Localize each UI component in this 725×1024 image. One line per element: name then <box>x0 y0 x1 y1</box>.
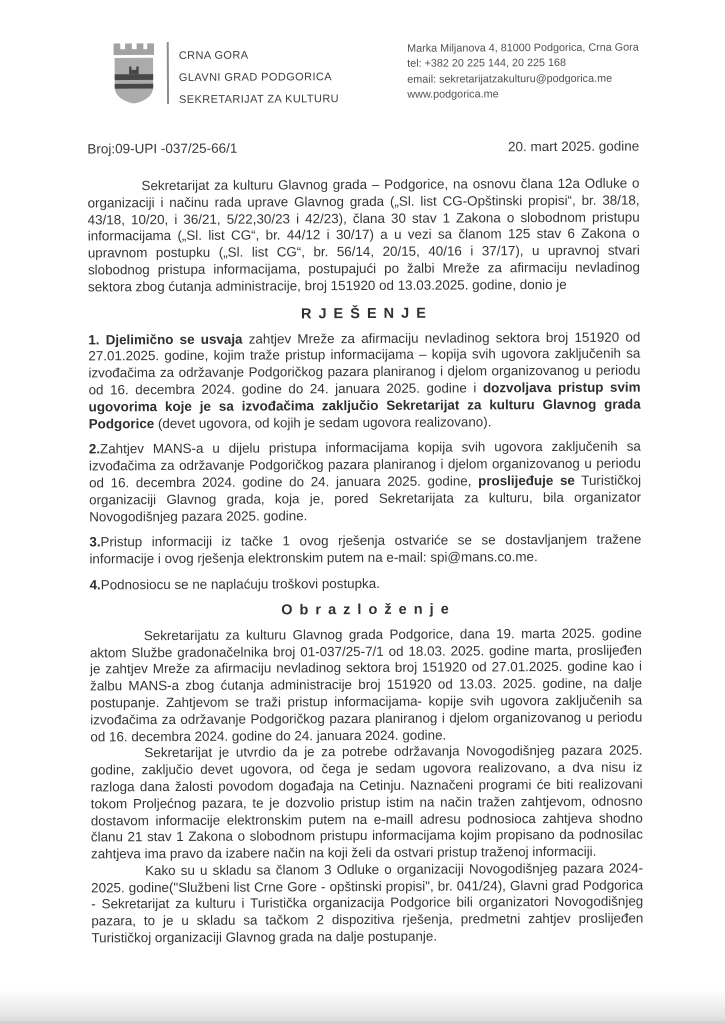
intro-paragraph: Sekretarijat za kulturu Glavnog grada – … <box>87 176 640 296</box>
contact-phone: tel: +382 20 225 144, 20 225 168 <box>407 56 639 73</box>
ruling-item-2: 2.Zahtjev MANS-a u dijelu pristupa infor… <box>89 439 641 526</box>
explanation-heading: O b r a z l o ž e n j e <box>90 600 642 619</box>
ruling-item-4: 4.Podnosiocu se ne naplaćuju troškovi po… <box>90 574 642 594</box>
scan-shadow <box>0 990 725 1024</box>
explanation-paragraph-3: Kako su u skladu sa članom 3 Odluke o or… <box>91 860 643 947</box>
ruling-item-3: 3.Pristup informaciji iz tačke 1 ovog rj… <box>89 532 641 568</box>
contact-block: Marka Miljanova 4, 81000 Podgorica, Crna… <box>407 39 639 104</box>
explanation-paragraph-1: Sekretarijatu za kulturu Glavnog grada P… <box>90 625 643 745</box>
org-line-country: CRNA GORA <box>179 44 339 67</box>
org-line-department: SEKRETARIJAT ZA KULTURU <box>179 88 339 111</box>
reference-row: Broj:09-UPI -037/25-66/1 20. mart 2025. … <box>87 139 639 157</box>
document-content: CRNA GORA GLAVNI GRAD PODGORICA SEKRETAR… <box>0 0 725 948</box>
letterhead: CRNA GORA GLAVNI GRAD PODGORICA SEKRETAR… <box>87 39 639 112</box>
document-date: 20. mart 2025. godine <box>508 139 639 155</box>
contact-address: Marka Miljanova 4, 81000 Podgorica, Crna… <box>407 41 639 58</box>
document-number: Broj:09-UPI -037/25-66/1 <box>87 141 237 157</box>
letterhead-identity: CRNA GORA GLAVNI GRAD PODGORICA SEKRETAR… <box>109 40 339 111</box>
org-titles: CRNA GORA GLAVNI GRAD PODGORICA SEKRETAR… <box>179 40 339 111</box>
contact-website: www.podgorica.me <box>407 87 639 104</box>
explanation-paragraph-2: Sekretarijat je utvrdio da je za potrebe… <box>90 743 643 863</box>
document-page: CRNA GORA GLAVNI GRAD PODGORICA SEKRETAR… <box>0 0 725 1024</box>
org-line-city: GLAVNI GRAD PODGORICA <box>179 66 339 89</box>
podgorica-coat-of-arms-icon <box>109 41 159 107</box>
ruling-heading: R J E Š E N J E <box>88 304 640 323</box>
contact-email: email: sekretarijatzakulturu@podgorica.m… <box>407 71 639 88</box>
letterhead-divider <box>167 42 169 104</box>
ruling-item-1: 1. Djelimično se usvaja zahtjev Mreže za… <box>88 329 641 433</box>
